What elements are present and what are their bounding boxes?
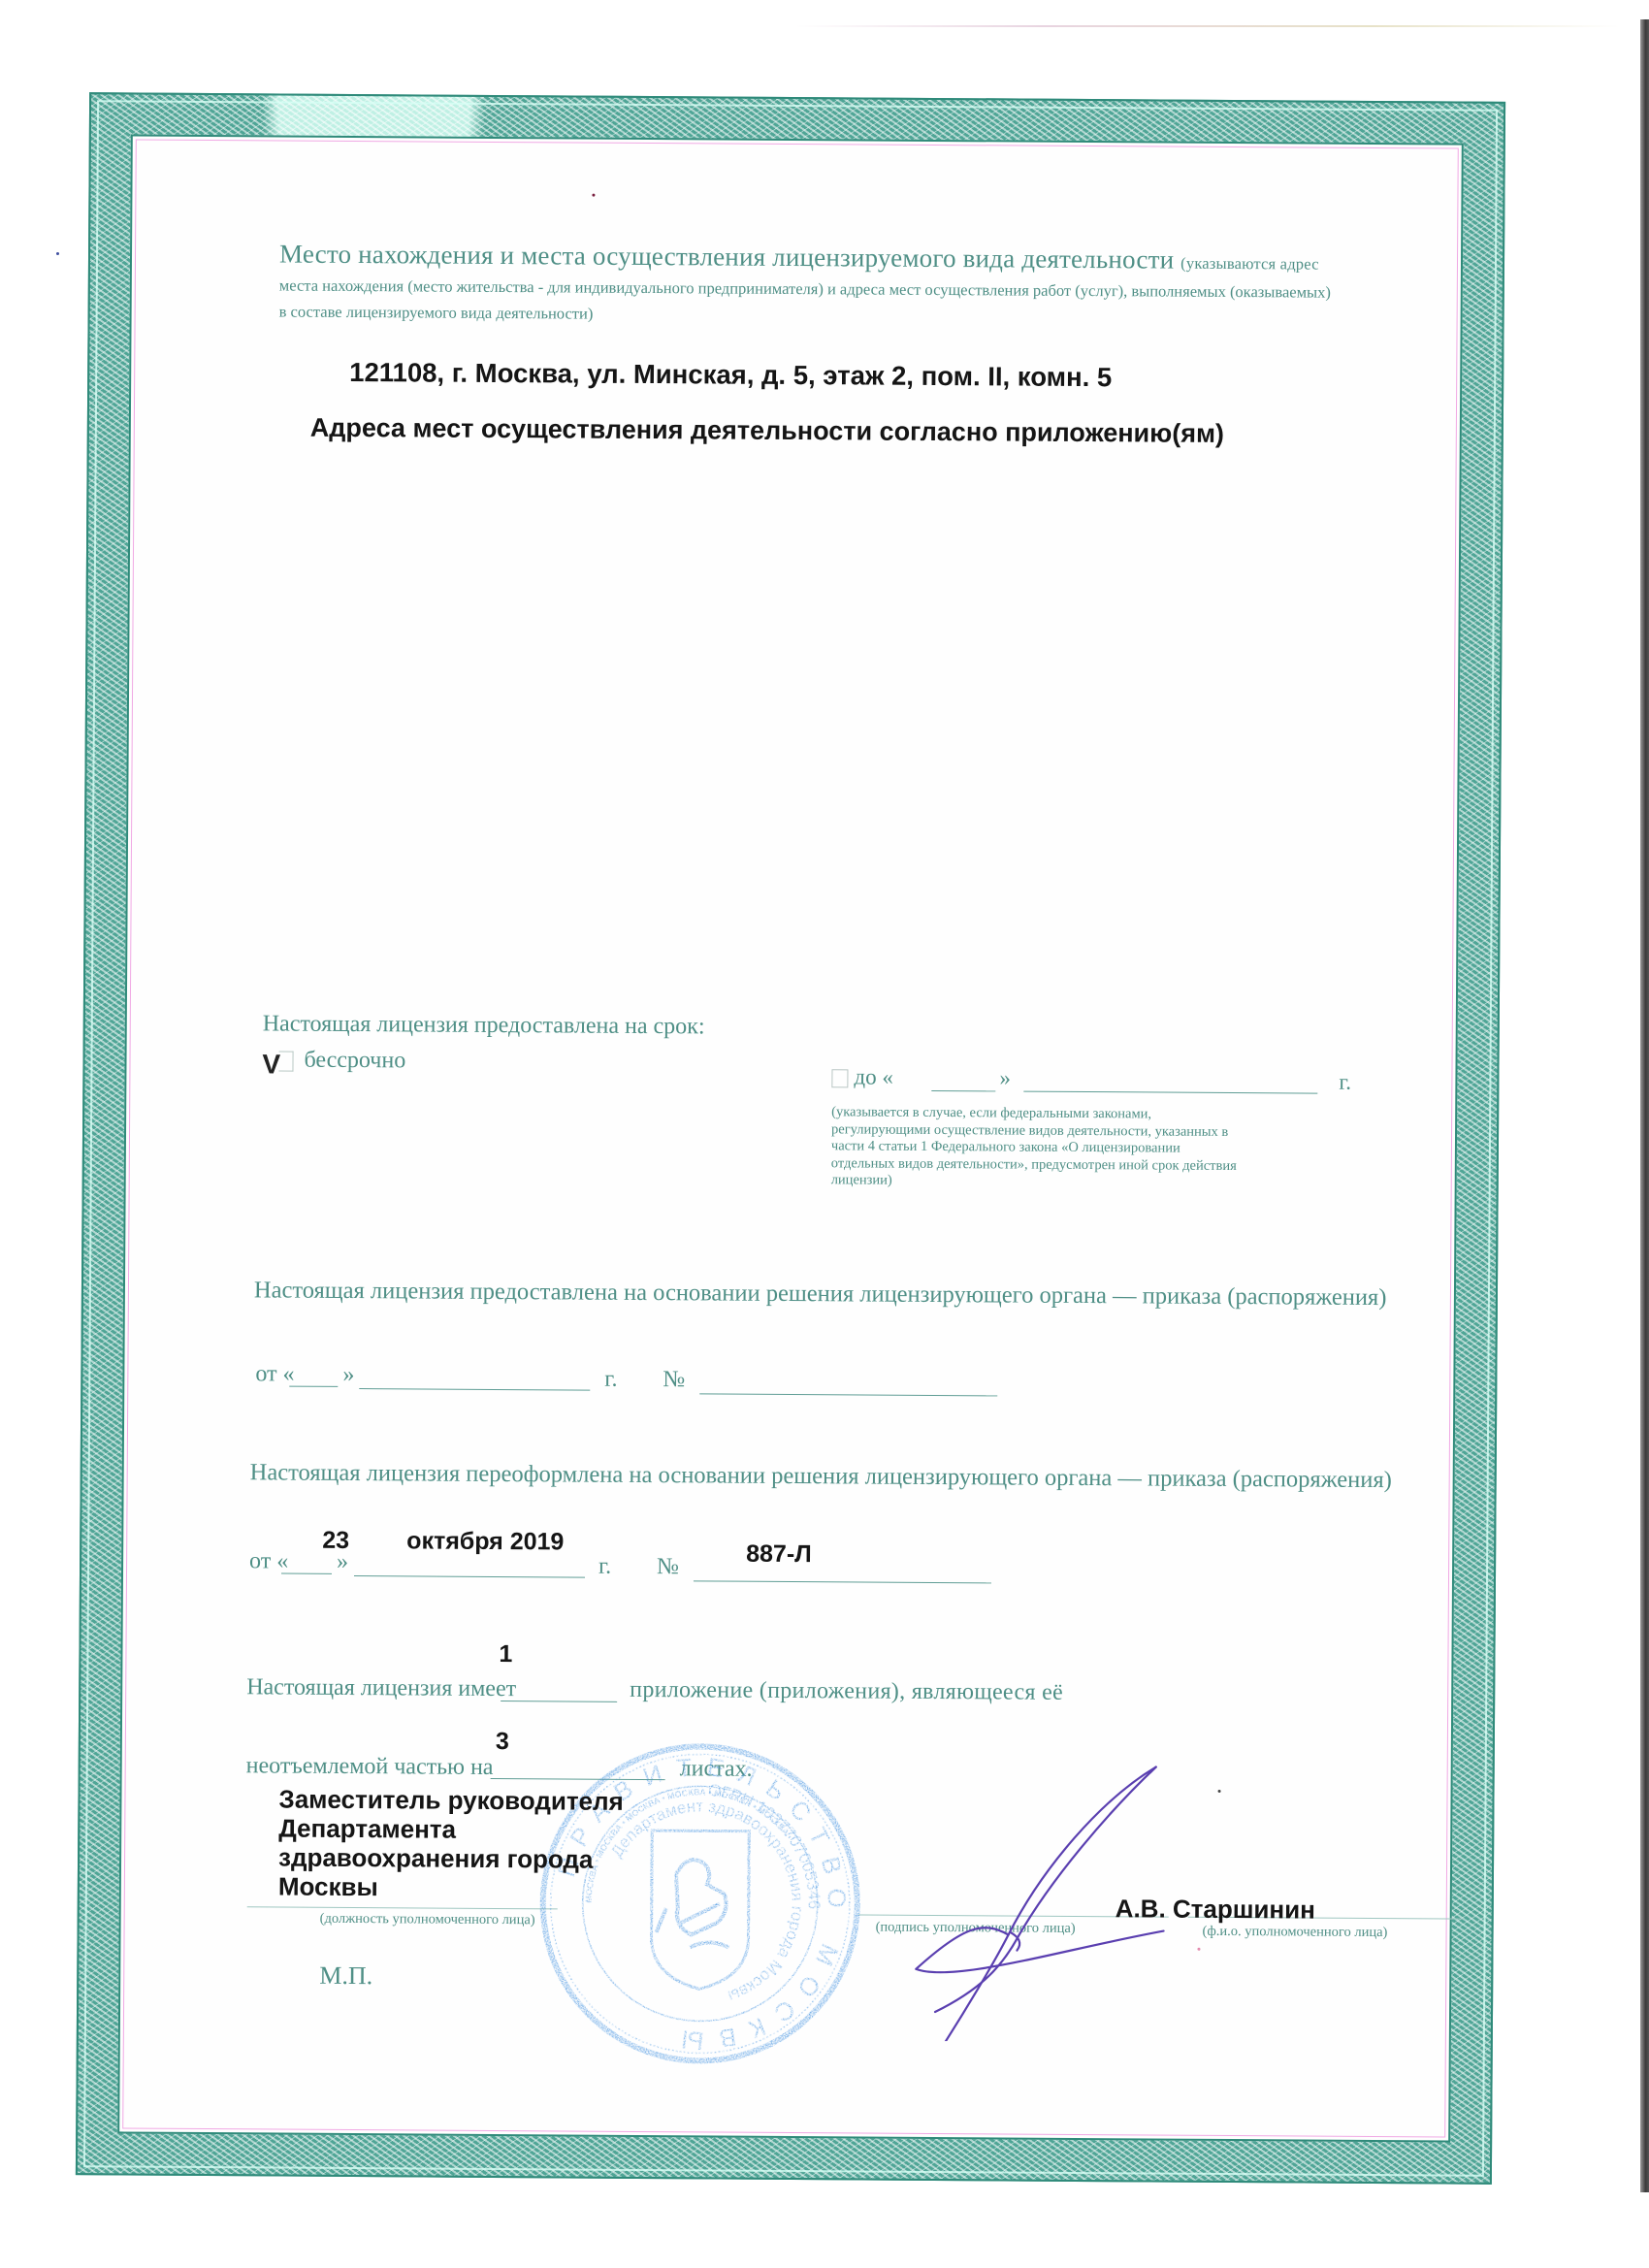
appendix-count: 1 — [499, 1640, 512, 1669]
reissue-number-line[interactable] — [694, 1580, 991, 1583]
reissue-number: 887-Л — [746, 1540, 812, 1569]
grant-number-line[interactable] — [699, 1393, 997, 1396]
unlimited-checkbox[interactable] — [278, 1052, 293, 1072]
reissue-number-label: № — [657, 1554, 679, 1580]
scan-speck — [56, 252, 59, 255]
grant-number-label: № — [663, 1367, 685, 1393]
section-note-line2: места нахождения (место жительства - для… — [279, 275, 1331, 302]
license-sheet: Место нахождения и места осуществления л… — [76, 92, 1505, 2185]
position-line-2: Департамента — [278, 1814, 623, 1845]
grant-date-line[interactable] — [359, 1388, 590, 1391]
grant-text: Настоящая лицензия предоставлена на осно… — [254, 1274, 1423, 1313]
until-quote-close: » — [999, 1065, 1011, 1090]
license-paper: Место нахождения и места осуществления л… — [117, 134, 1464, 2142]
grant-quote-close: » — [342, 1362, 354, 1388]
appendix-count-line[interactable] — [501, 1701, 617, 1702]
position-caption: (должность уполномоченного лица) — [320, 1911, 535, 1928]
scan-artifact-line — [795, 25, 1620, 27]
until-year-suffix: г. — [1339, 1070, 1351, 1095]
handwritten-signature — [857, 1730, 1247, 2043]
reissue-day-line[interactable] — [281, 1573, 332, 1574]
reissue-text: Настоящая лицензия переоформлена на осно… — [250, 1456, 1419, 1496]
grant-from-label: от « — [255, 1361, 294, 1387]
section-note-inline: (указываются адрес — [1180, 254, 1319, 274]
reissue-month-year: октября 2019 — [406, 1527, 564, 1556]
appendix-line2-prefix: неотъемлемой частью на — [246, 1753, 494, 1781]
reissue-from-label: от « — [249, 1548, 288, 1574]
term-title: Настоящая лицензия предоставлена на срок… — [263, 1011, 705, 1040]
checkmark-icon: V — [262, 1049, 280, 1080]
license-address: 121108, г. Москва, ул. Минская, д. 5, эт… — [349, 357, 1112, 393]
appendix-prefix: Настоящая лицензия имеет — [246, 1674, 516, 1702]
scan-edge-shadow — [1640, 19, 1649, 2192]
until-date-line[interactable] — [1023, 1091, 1317, 1094]
until-row: до « — [854, 1064, 893, 1089]
grant-day-line[interactable] — [289, 1386, 338, 1387]
appendix-sheets: 3 — [496, 1728, 509, 1756]
until-checkbox[interactable] — [831, 1069, 848, 1087]
scan-speck — [592, 194, 595, 197]
appendix-middle: приложение (приложения), являющееся её — [630, 1677, 1063, 1706]
position-line — [247, 1906, 558, 1909]
grant-year-suffix: г. — [604, 1367, 617, 1393]
signatory-position: Заместитель руководителя Департамента зд… — [278, 1785, 624, 1903]
position-line-3: здравоохранения города — [278, 1843, 623, 1874]
until-day-line[interactable] — [931, 1090, 995, 1091]
position-line-1: Заместитель руководителя — [278, 1785, 623, 1816]
section-note-line3: в составе лицензируемого вида деятельнос… — [279, 302, 594, 323]
seal-label: М.П. — [319, 1961, 372, 1991]
reissue-date-line[interactable] — [354, 1575, 585, 1578]
activity-places: Адреса мест осуществления деятельности с… — [310, 413, 1224, 449]
position-line-4: Москвы — [278, 1872, 623, 1903]
scan-speck — [1197, 1948, 1200, 1951]
unlimited-label: бессрочно — [304, 1048, 405, 1075]
until-note: (указывается в случае, если федеральными… — [831, 1104, 1240, 1191]
section-title: Место нахождения и места осуществления л… — [279, 239, 1319, 275]
until-prefix: до « — [854, 1064, 893, 1088]
reissue-year-suffix: г. — [598, 1554, 611, 1580]
reissue-quote-close: » — [337, 1549, 348, 1575]
scan-speck — [1218, 1790, 1221, 1793]
section-title-text: Место нахождения и места осуществления л… — [279, 239, 1174, 274]
